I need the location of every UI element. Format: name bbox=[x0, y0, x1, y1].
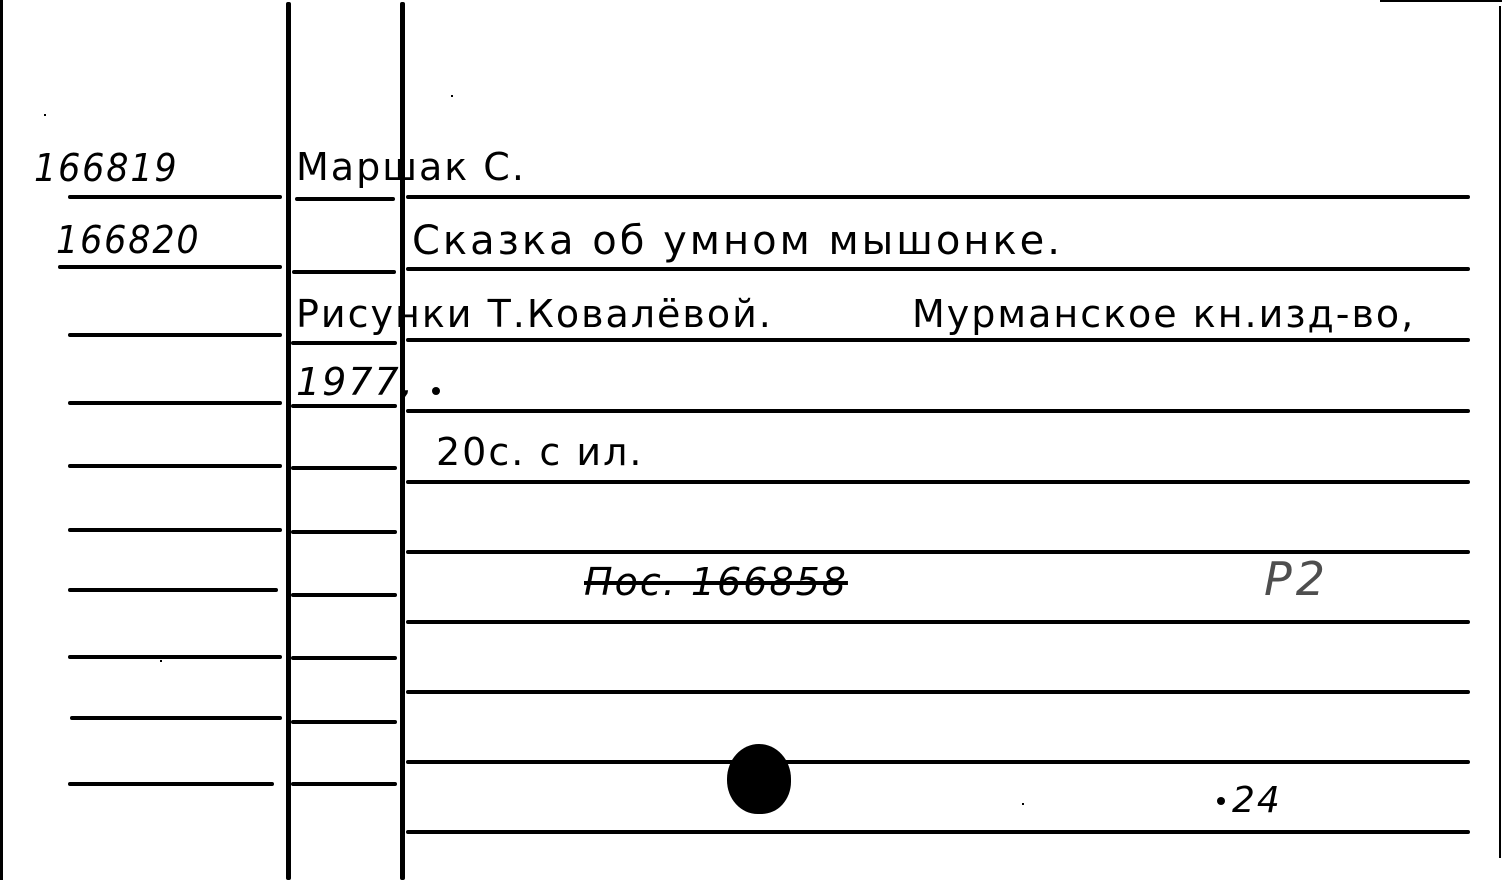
illustrator: Рисунки Т.Ковалёвой. bbox=[296, 292, 773, 336]
scan-speck bbox=[451, 95, 453, 97]
card-left-edge bbox=[0, 0, 3, 880]
rule-line bbox=[291, 593, 397, 597]
card-number: 24 bbox=[1232, 780, 1282, 821]
punch-hole bbox=[727, 744, 791, 814]
rule-line bbox=[68, 401, 282, 405]
shelf-mark: Р2 bbox=[1264, 552, 1329, 606]
publisher: Мурманское кн.изд-во, bbox=[912, 292, 1415, 336]
rule-line bbox=[68, 333, 282, 337]
rule-line bbox=[292, 270, 396, 274]
rule-line bbox=[291, 530, 397, 534]
rule-line bbox=[406, 830, 1470, 834]
rule-line bbox=[406, 195, 1470, 199]
rule-line bbox=[406, 409, 1470, 413]
rule-line bbox=[68, 464, 282, 468]
book-title: Сказка об умном мышонке. bbox=[412, 218, 1063, 264]
rule-line bbox=[406, 338, 1470, 342]
rule-line bbox=[68, 528, 282, 532]
inventory-number-1: 166819 bbox=[34, 146, 178, 190]
rule-line bbox=[295, 197, 395, 201]
scan-speck bbox=[1022, 803, 1024, 805]
rule-line bbox=[406, 480, 1470, 484]
dot-mark bbox=[1217, 797, 1225, 805]
inventory-number-2: 166820 bbox=[56, 218, 200, 262]
struck-reference-note: Пос. 166858 bbox=[584, 560, 848, 604]
card-right-edge bbox=[1499, 6, 1501, 858]
rule-line bbox=[291, 656, 397, 660]
scan-speck bbox=[44, 114, 46, 116]
scan-speck bbox=[160, 660, 162, 662]
rule-line bbox=[406, 267, 1470, 271]
publication-year: 1977, bbox=[296, 360, 415, 404]
rule-line bbox=[291, 404, 397, 408]
rule-line bbox=[68, 588, 278, 592]
rule-line bbox=[291, 720, 397, 724]
rule-line bbox=[68, 195, 282, 199]
rule-line bbox=[406, 690, 1470, 694]
rule-line bbox=[291, 466, 397, 470]
dot-mark bbox=[432, 387, 440, 395]
author: Маршак С. bbox=[296, 145, 526, 189]
rule-line bbox=[58, 265, 282, 269]
card-top-edge bbox=[1380, 0, 1502, 2]
rule-line bbox=[70, 716, 282, 720]
rule-line bbox=[406, 620, 1470, 624]
rule-line bbox=[68, 782, 274, 786]
column-divider-left bbox=[286, 2, 291, 880]
page-count: 20с. с ил. bbox=[436, 430, 643, 474]
rule-line bbox=[406, 760, 1470, 764]
scan-speck bbox=[113, 716, 115, 718]
rule-line bbox=[291, 341, 397, 345]
column-divider-right bbox=[400, 2, 405, 880]
rule-line bbox=[68, 655, 282, 659]
catalog-card: 166819 166820 Маршак С. Сказка об умном … bbox=[0, 0, 1504, 880]
rule-line bbox=[291, 782, 397, 786]
